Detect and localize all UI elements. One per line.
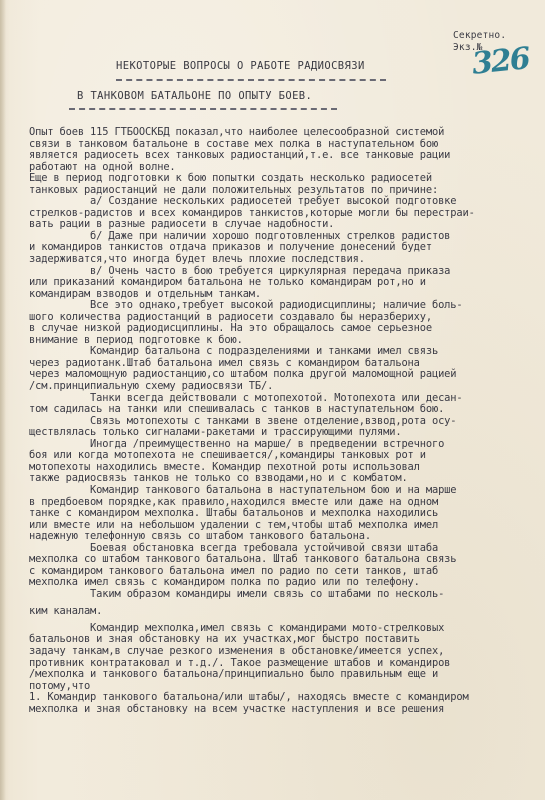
text-line: 1. Командир танкового батальона/или штаб… xyxy=(29,692,539,704)
text-line: /см.принципиальную схему радиосвязи ТБ/. xyxy=(29,381,539,393)
archive-page-number: 326 xyxy=(470,41,530,82)
title-underline-2 xyxy=(69,108,337,110)
text-line: мехполка и зная обстановку на всем участ… xyxy=(29,704,539,716)
text-line: задачу танкам,в случае резкого изменения… xyxy=(29,646,539,658)
text-line: танке с командиром мехполка. Штабы батал… xyxy=(29,508,539,520)
page-edge-shadow xyxy=(0,0,6,800)
document-title-line-2: В ТАНКОВОМ БАТАЛЬОНЕ ПО ОПЫТУ БОЕВ. xyxy=(77,90,312,102)
document-body: Опыт боев 115 ГТБООСКБД показал,что наиб… xyxy=(29,127,539,715)
text-line: задерживатся,что иногда будет влечь плох… xyxy=(29,254,539,266)
text-line: Командир танкового батальона в наступате… xyxy=(29,485,539,497)
text-line: том садилась на танки или спешивалась с … xyxy=(29,404,539,416)
text-line: является радиосеть всех танковых радиост… xyxy=(29,150,539,162)
text-line: надежную телефонную связь со штабом танк… xyxy=(29,531,539,543)
document-title-line-1: НЕКОТОРЫЕ ВОПРОСЫ О РАБОТЕ РАДИОСВЯЗИ xyxy=(116,60,365,72)
document-page: Секретно. Экз.№ 326 НЕКОТОРЫЕ ВОПРОСЫ О … xyxy=(0,0,545,800)
text-line: или приказаний командиром батальона не т… xyxy=(29,277,539,289)
text-line: Таким образом командиры имели связь со ш… xyxy=(29,589,539,606)
text-line: /мехполка и танкового батальона/принципи… xyxy=(29,669,539,681)
text-line: Еще в период подготовки к бою попытки со… xyxy=(29,173,539,185)
text-line: Опыт боев 115 ГТБООСКБД показал,что наиб… xyxy=(29,127,539,139)
classification-label: Секретно. xyxy=(453,30,506,42)
title-underline-1 xyxy=(116,79,386,81)
text-line: ким каналам. xyxy=(29,606,539,623)
